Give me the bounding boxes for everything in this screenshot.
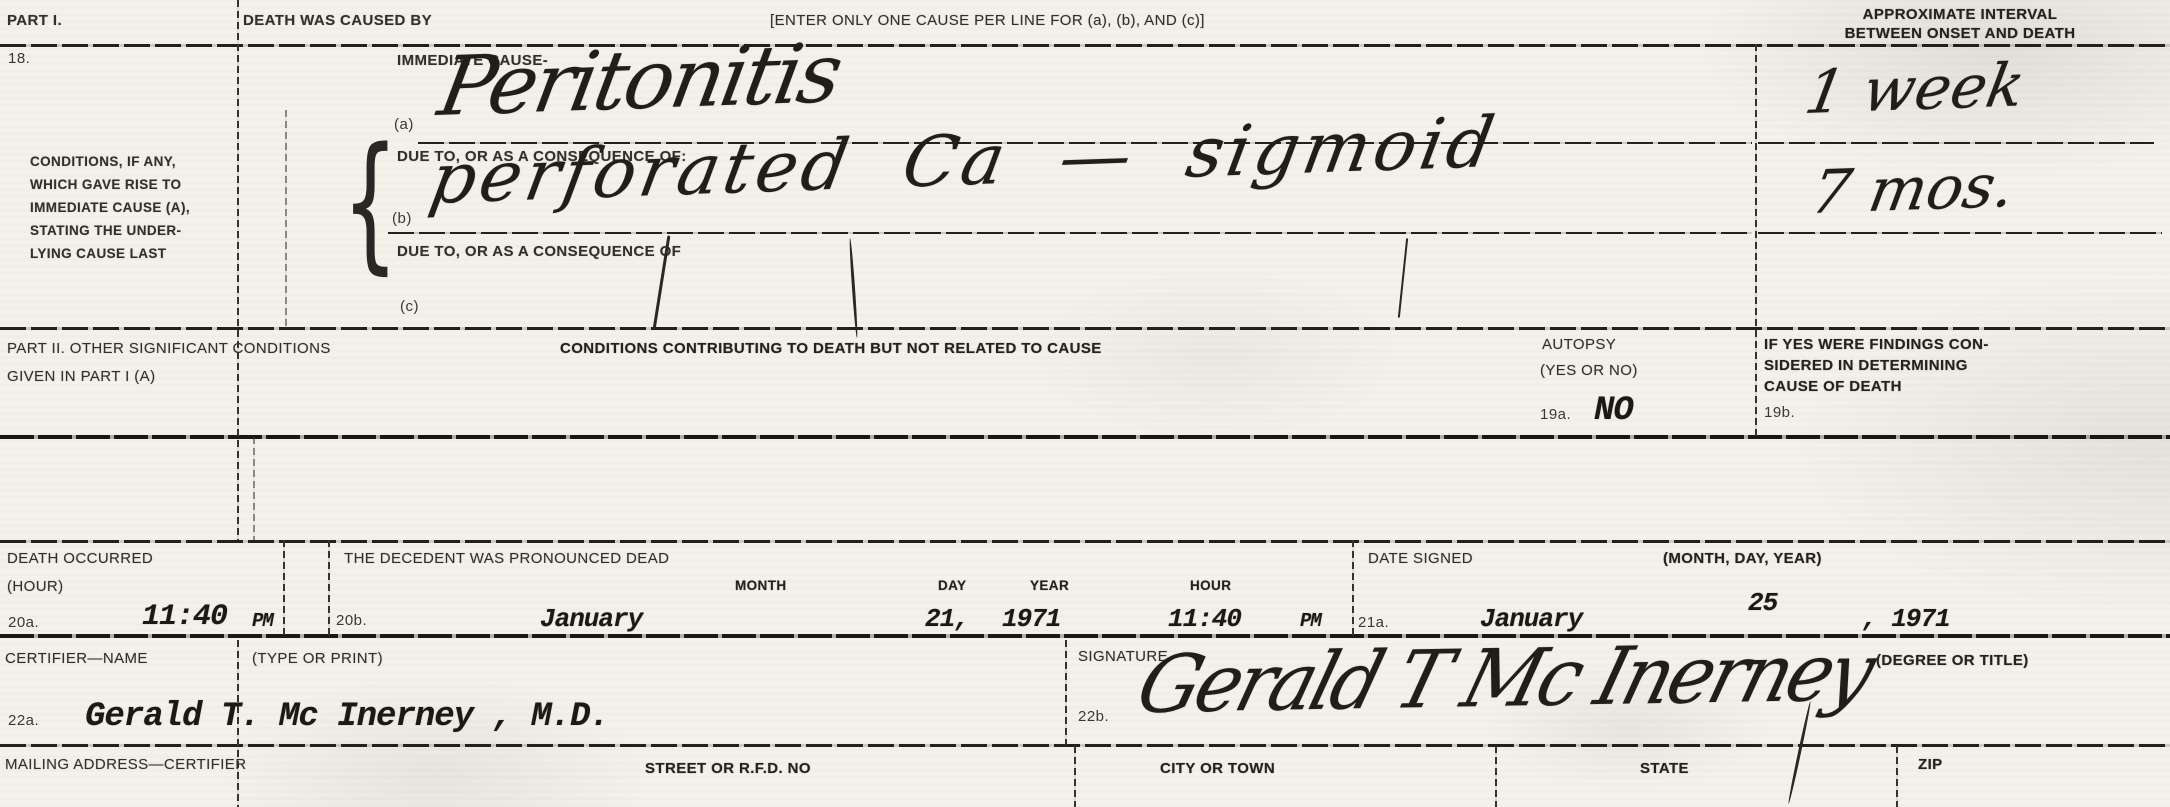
interval-header-line2: BETWEEN ONSET AND DEATH bbox=[1785, 25, 2135, 42]
rule-line-b bbox=[388, 232, 1752, 234]
interval-header-line1: APPROXIMATE INTERVAL bbox=[1785, 6, 2135, 23]
city-or-town-label: CITY OR TOWN bbox=[1160, 760, 1275, 777]
field-20b-year-value: 1971 bbox=[1002, 604, 1060, 634]
rule-line-b-interval bbox=[1758, 232, 2162, 234]
autopsy-sub-label: (YES OR NO) bbox=[1540, 362, 1638, 379]
interval-a-handwritten-value: 1 week bbox=[1800, 51, 2030, 128]
pen-stroke bbox=[849, 238, 859, 338]
rule-above-row20 bbox=[0, 540, 2170, 543]
field-20a-hour-value: 11:40 bbox=[142, 600, 227, 634]
field-22b-number: 22b. bbox=[1078, 708, 1109, 725]
rule-20a-meridiem bbox=[283, 540, 285, 636]
certifier-name-label: CERTIFIER—NAME bbox=[5, 650, 148, 667]
part1-header: DEATH WAS CAUSED BY bbox=[243, 12, 432, 29]
death-certificate-scan: PART I. DEATH WAS CAUSED BY [ENTER ONLY … bbox=[0, 0, 2170, 807]
rule-city-left bbox=[1074, 746, 1076, 807]
field-20b-month-value: January bbox=[540, 604, 642, 634]
rule-line-a-interval bbox=[1758, 142, 2154, 144]
certifier-type-or-print-label: (TYPE OR PRINT) bbox=[252, 650, 383, 667]
field-22a-number: 22a. bbox=[8, 712, 39, 729]
column-rule-left bbox=[237, 0, 239, 540]
conditions-brace: { bbox=[342, 128, 399, 276]
mailing-address-label: MAILING ADDRESS—CERTIFIER bbox=[5, 756, 246, 773]
month-label: MONTH bbox=[735, 578, 787, 593]
autopsy-value: NO bbox=[1594, 392, 1633, 430]
column-rule-interval bbox=[1755, 44, 1757, 437]
rule-under-header-row bbox=[0, 44, 2170, 47]
rule-zip-left bbox=[1896, 746, 1898, 807]
state-label: STATE bbox=[1640, 760, 1689, 777]
column-rule-gap-secondary bbox=[253, 437, 255, 540]
field-20b-number: 20b. bbox=[336, 612, 367, 629]
rule-pronounced-box-left bbox=[328, 540, 330, 636]
certifier-name-value: Gerald T. Mc Inerney , M.D. bbox=[85, 698, 609, 736]
conditions-note-line: CONDITIONS, IF ANY, bbox=[30, 150, 190, 173]
line-c-prefix: (c) bbox=[400, 298, 419, 315]
field-20a-number: 20a. bbox=[8, 614, 39, 631]
part1-label: PART I. bbox=[7, 12, 62, 29]
rule-signature-left bbox=[1065, 640, 1067, 745]
field-20a-meridiem-value: PM bbox=[252, 610, 273, 632]
zip-label: ZIP bbox=[1918, 756, 1943, 773]
findings-item-number: 19b. bbox=[1764, 404, 1795, 421]
conditions-note-line: LYING CAUSE LAST bbox=[30, 242, 190, 265]
degree-or-title-label: (DEGREE OR TITLE) bbox=[1876, 652, 2029, 669]
death-occurred-hour-label: (HOUR) bbox=[7, 578, 64, 595]
findings-label-line: SIDERED IN DETERMINING bbox=[1764, 355, 1989, 376]
day-label: DAY bbox=[938, 578, 966, 593]
part2-label-line2: GIVEN IN PART I (A) bbox=[7, 368, 155, 385]
death-occurred-label: DEATH OCCURRED bbox=[7, 550, 153, 567]
date-signed-format-label: (MONTH, DAY, YEAR) bbox=[1663, 550, 1822, 567]
rule-state-left bbox=[1495, 746, 1497, 807]
pen-stroke bbox=[1398, 238, 1408, 318]
column-rule-left-secondary bbox=[285, 110, 287, 330]
autopsy-label: AUTOPSY bbox=[1542, 336, 1616, 353]
findings-label-line: CAUSE OF DEATH bbox=[1764, 376, 1989, 397]
street-label: STREET OR R.F.D. NO bbox=[645, 760, 811, 777]
hour-label: HOUR bbox=[1190, 578, 1231, 593]
conditions-note-line: IMMEDIATE CAUSE (A), bbox=[30, 196, 190, 219]
pronounced-dead-label: THE DECEDENT WAS PRONOUNCED DEAD bbox=[344, 550, 669, 567]
findings-label-line: IF YES WERE FINDINGS CON- bbox=[1764, 334, 1989, 355]
date-signed-label: DATE SIGNED bbox=[1368, 550, 1473, 567]
field-20b-hour-value: 11:40 bbox=[1168, 604, 1241, 634]
rule-below-part2 bbox=[0, 435, 2170, 439]
due-to-label-2: DUE TO, OR AS A CONSEQUENCE OF bbox=[397, 243, 681, 260]
field-20b-meridiem-value: PM bbox=[1300, 610, 1321, 632]
line-b-prefix: (b) bbox=[392, 210, 412, 227]
part2-label-line1: PART II. OTHER SIGNIFICANT CONDITIONS bbox=[7, 340, 331, 357]
year-label: YEAR bbox=[1030, 578, 1069, 593]
certifier-signature: Gerald T Mc Inerney bbox=[1128, 625, 1882, 731]
part2-description: CONDITIONS CONTRIBUTING TO DEATH BUT NOT… bbox=[560, 340, 1102, 357]
conditions-note-line: STATING THE UNDER- bbox=[30, 219, 190, 242]
conditions-note: CONDITIONS, IF ANY, WHICH GAVE RISE TO I… bbox=[30, 150, 190, 265]
rule-above-part2 bbox=[0, 327, 2170, 330]
rule-date-signed-left bbox=[1352, 540, 1354, 636]
conditions-note-line: WHICH GAVE RISE TO bbox=[30, 173, 190, 196]
item-18-number: 18. bbox=[8, 50, 30, 67]
autopsy-item-number: 19a. bbox=[1540, 406, 1571, 423]
field-21a-day-value: 25 bbox=[1748, 588, 1777, 618]
field-21a-number: 21a. bbox=[1358, 614, 1389, 631]
findings-label: IF YES WERE FINDINGS CON- SIDERED IN DET… bbox=[1764, 334, 1989, 397]
field-20b-day-value: 21, bbox=[925, 604, 969, 634]
cause-a-handwritten-value: Peritonitis bbox=[432, 26, 847, 135]
interval-b-handwritten-value: 7 mos. bbox=[1806, 151, 2020, 228]
rule-below-row22 bbox=[0, 744, 2170, 747]
